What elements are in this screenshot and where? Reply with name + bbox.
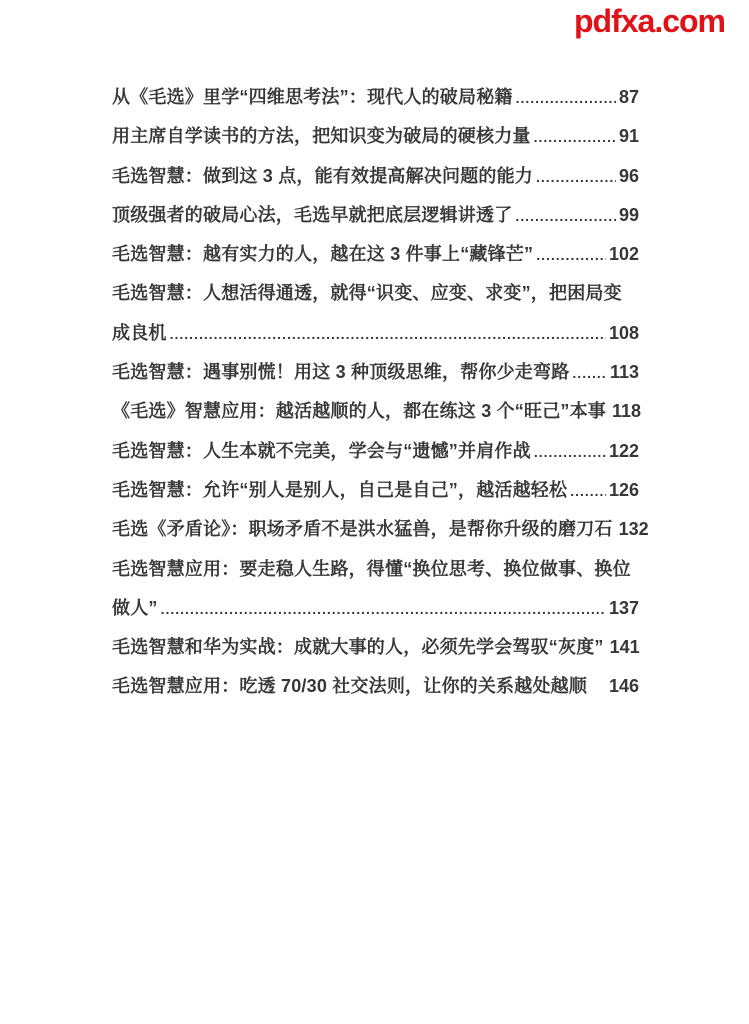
toc-leader-dots: ........................................…	[170, 315, 606, 354]
toc-leader-dots: ........................................…	[161, 590, 606, 629]
toc-entry-text: 成良机	[112, 314, 167, 353]
toc-entry-text: 用主席自学读书的方法，把知识变为破局的硬核力量	[112, 117, 531, 156]
toc-entry-text: 《毛选》智慧应用：越活越顺的人，都在练这 3 个“旺己”本事	[112, 392, 606, 431]
toc-leader-dots: ........................................…	[572, 354, 607, 393]
document-page: pdfxa.com 从《毛选》里学“四维思考法”：现代人的破局秘籍 ......…	[0, 0, 749, 1024]
toc-page-number: 102	[609, 235, 639, 274]
toc-entry-text: 从《毛选》里学“四维思考法”：现代人的破局秘籍	[112, 78, 513, 117]
table-of-contents: 从《毛选》里学“四维思考法”：现代人的破局秘籍 ................…	[112, 78, 639, 707]
toc-entry-text: 毛选智慧应用：要走稳人生路，得懂“换位思考、换位做事、换位	[112, 550, 631, 589]
toc-entry-text: 顶级强者的破局心法，毛选早就把底层逻辑讲透了	[112, 196, 512, 235]
toc-entry-wrapped-second-line: 做人” ....................................…	[112, 589, 639, 628]
toc-leader-dots: ........................................…	[570, 472, 606, 511]
toc-entry-wrapped-first-line: 毛选智慧：人想活得通透，就得“识变、应变、求变”，把困局变	[112, 274, 639, 313]
toc-entry: 毛选智慧：越有实力的人，越在这 3 件事上“藏锋芒” .............…	[112, 235, 639, 274]
toc-entry-text: 做人”	[112, 589, 158, 628]
toc-leader-dots: ........................................…	[516, 79, 616, 118]
toc-leader-dots: ........................................…	[534, 433, 606, 472]
toc-entry: 毛选智慧和华为实战：成就大事的人，必须先学会驾驭“灰度” 141	[112, 628, 639, 667]
toc-entry-text: 毛选智慧：越有实力的人，越在这 3 件事上“藏锋芒”	[112, 235, 533, 274]
toc-page-number: 126	[609, 471, 639, 510]
toc-leader-dots: ........................................…	[515, 197, 616, 236]
toc-entry-wrapped-first-line: 毛选智慧应用：要走稳人生路，得懂“换位思考、换位做事、换位	[112, 550, 639, 589]
toc-entry: 顶级强者的破局心法，毛选早就把底层逻辑讲透了 .................…	[112, 196, 639, 235]
toc-entry-text: 毛选智慧：人想活得通透，就得“识变、应变、求变”，把困局变	[112, 274, 622, 313]
toc-leader-dots: ........................................…	[536, 158, 616, 197]
toc-page-number: 91	[619, 117, 639, 156]
toc-leader-dots: ........................................…	[536, 236, 606, 275]
toc-entry: 毛选智慧：做到这 3 点，能有效提高解决问题的能力 ..............…	[112, 157, 639, 196]
toc-page-number: 146	[609, 667, 639, 706]
toc-page-number: 141	[610, 628, 640, 667]
toc-entry: 毛选智慧：遇事别慌！用这 3 种顶级思维，帮你少走弯路 ............…	[112, 353, 639, 392]
toc-page-number: 137	[609, 589, 639, 628]
watermark-text: pdfxa.com	[574, 1, 725, 41]
toc-page-number: 108	[609, 314, 639, 353]
toc-entry-text: 毛选智慧：做到这 3 点，能有效提高解决问题的能力	[112, 157, 533, 196]
toc-entry-text: 毛选智慧：人生本就不完美，学会与“遗憾”并肩作战	[112, 432, 531, 471]
toc-entry: 用主席自学读书的方法，把知识变为破局的硬核力量 ................…	[112, 117, 639, 156]
toc-entry-text: 毛选智慧和华为实战：成就大事的人，必须先学会驾驭“灰度”	[112, 628, 604, 667]
toc-entry-text: 毛选智慧应用：吃透 70/30 社交法则，让你的关系越处越顺	[112, 667, 587, 706]
toc-page-number: 113	[610, 353, 639, 392]
toc-leader-dots: ........................................…	[534, 118, 616, 157]
toc-entry: 毛选智慧：允许“别人是别人，自己是自己”，越活越轻松 .............…	[112, 471, 639, 510]
toc-entry-text: 毛选智慧：允许“别人是别人，自己是自己”，越活越轻松	[112, 471, 567, 510]
toc-page-number: 96	[619, 157, 639, 196]
toc-entry-wrapped-second-line: 成良机 ....................................…	[112, 314, 639, 353]
toc-entry: 毛选智慧：人生本就不完美，学会与“遗憾”并肩作战 ...............…	[112, 432, 639, 471]
toc-entry: 毛选《矛盾论》：职场矛盾不是洪水猛兽，是帮你升级的磨刀石 132	[112, 510, 639, 549]
toc-page-number: 99	[619, 196, 639, 235]
toc-entry: 从《毛选》里学“四维思考法”：现代人的破局秘籍 ................…	[112, 78, 639, 117]
toc-entry: 《毛选》智慧应用：越活越顺的人，都在练这 3 个“旺己”本事 118	[112, 392, 639, 431]
toc-page-number: 122	[609, 432, 639, 471]
toc-entry-text: 毛选智慧：遇事别慌！用这 3 种顶级思维，帮你少走弯路	[112, 353, 569, 392]
toc-page-number: 132	[619, 510, 649, 549]
toc-page-number: 118	[612, 392, 641, 431]
toc-entry: 毛选智慧应用：吃透 70/30 社交法则，让你的关系越处越顺 146	[112, 667, 639, 706]
toc-page-number: 87	[619, 78, 639, 117]
toc-entry-text: 毛选《矛盾论》：职场矛盾不是洪水猛兽，是帮你升级的磨刀石	[112, 510, 613, 549]
